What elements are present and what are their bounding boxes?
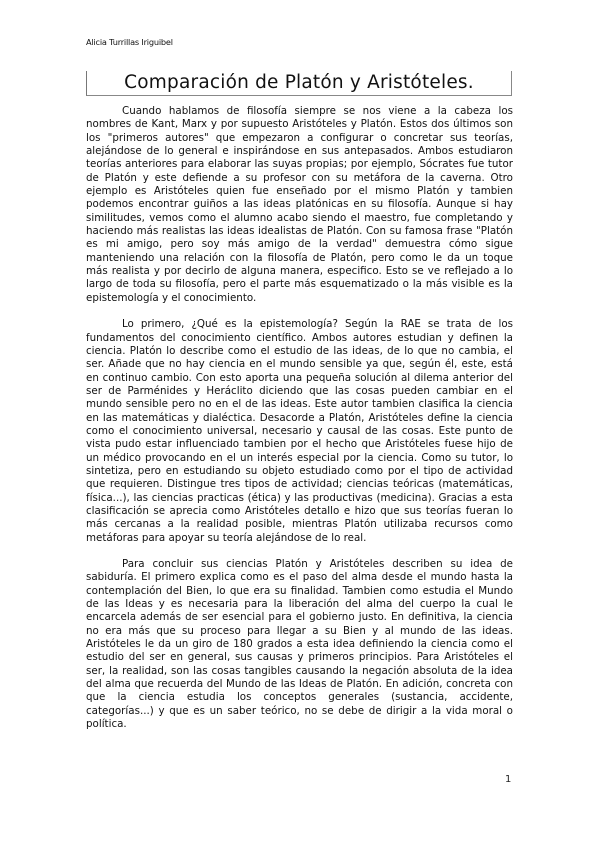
- paragraph-1: Cuando hablamos de filosofía siempre se …: [86, 105, 513, 305]
- document-title: Comparación de Platón y Aristóteles.: [87, 72, 511, 93]
- header-author: Alicia Turrillas Iriguibel: [86, 37, 173, 47]
- paragraph-3: Para concluir sus ciencias Platón y Aris…: [86, 558, 513, 731]
- document-body: Cuando hablamos de filosofía siempre se …: [86, 105, 513, 744]
- title-box: Comparación de Platón y Aristóteles.: [86, 71, 512, 96]
- document-page: Alicia Turrillas Iriguibel Comparación d…: [0, 0, 599, 848]
- page-number: 1: [505, 774, 511, 785]
- paragraph-2: Lo primero, ¿Qué es la epistemología? Se…: [86, 318, 513, 545]
